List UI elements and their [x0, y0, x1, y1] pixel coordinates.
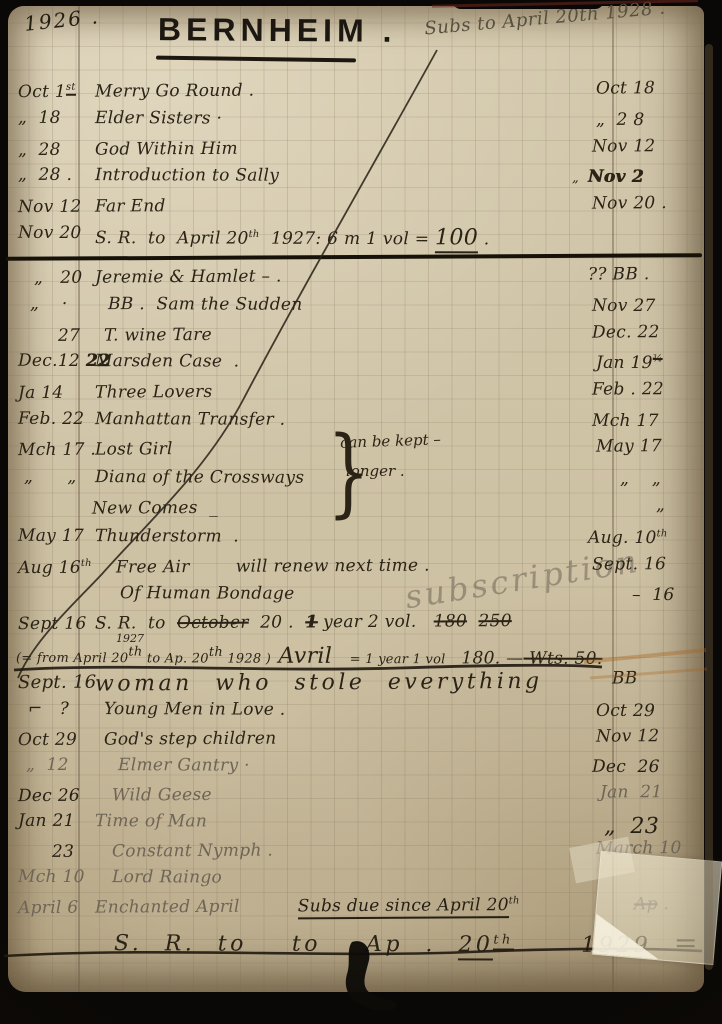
text-segment [467, 611, 479, 631]
date-borrowed: April 6 [18, 898, 79, 918]
book-title: Lost Girl [95, 439, 173, 459]
text-segment: Dec 26 [18, 786, 80, 806]
date-borrowed: Nov 12 [18, 197, 82, 217]
book-title: Constant Nymph . [112, 841, 273, 862]
ledger-row: Sept 16S. R. to October 20 . 1 year 2 vo… [0, 610, 722, 644]
book-title: New Comes _ [92, 498, 218, 519]
date-borrowed: 27 [58, 326, 80, 346]
text-segment: October [177, 613, 249, 633]
book-title: Three Lovers [95, 382, 213, 403]
ledger-row: „ ·BB . Sam the SuddenNov 27 [0, 294, 722, 327]
text-segment: th [657, 528, 668, 539]
date-returned: Jan 21 [600, 782, 663, 802]
text-segment: th [493, 932, 513, 950]
text-segment: S. R. to to Ap . [114, 931, 459, 957]
date-borrowed: „ „ [24, 467, 77, 487]
book-title: Lord Raingo [112, 867, 222, 887]
book-title: Time of Man [95, 811, 207, 831]
book-title: Jeremie & Hamlet – . [95, 266, 282, 287]
date-returned: Nov 12 [596, 726, 660, 746]
text-segment: year 2 vol. [317, 612, 433, 633]
date-returned: – 16 [632, 585, 675, 605]
date-borrowed: Jan 21 [18, 811, 75, 831]
card-edge-sliver [705, 44, 713, 970]
library-card-photo: { "header": { "year": "1926 .", "member_… [0, 0, 722, 1024]
ledger-row: Nov 20S. R. to April 20th 1927: 6 m 1 vo… [0, 223, 722, 256]
book-title: BB . Sam the Sudden [108, 294, 303, 315]
date-returned: May 17 [596, 436, 662, 456]
date-returned: „ 2 8 [596, 110, 645, 130]
ledger-row: „ 18Elder Sisters ·„ 2 8 [0, 108, 722, 141]
date-returned: „ „ [620, 469, 661, 489]
date-returned: Nov 20 . [592, 193, 667, 213]
text-segment: 1928 ) [223, 652, 271, 667]
text-segment: S. R. to April 20 [95, 228, 249, 249]
date-borrowed: Aug 16th [18, 558, 92, 578]
text-segment: th [209, 645, 223, 660]
text-segment: Jan 19 [596, 353, 653, 373]
text-segment: 20 . [249, 612, 306, 632]
date-borrowed: „ · [30, 294, 68, 314]
date-returned: ?? BB . [588, 264, 650, 284]
date-borrowed: Nov 20 [18, 223, 82, 243]
text-segment: ¾ [653, 353, 663, 364]
ledger-row: Oct 1stMerry Go Round .Oct 18 [0, 78, 722, 112]
text-segment: S. R. to [95, 613, 177, 634]
book-title: Introduction to Sally [95, 165, 279, 186]
ledger-row: Sept. 16woman who stole everythingBB [0, 668, 722, 702]
text-segment: Dec 26 [592, 757, 660, 777]
date-borrowed: „ 28 [18, 140, 61, 160]
book-title: God Within Him [95, 139, 238, 160]
text-segment: th [128, 645, 142, 660]
text-segment: Wts. 50. [523, 649, 602, 669]
text-segment: th [81, 558, 92, 569]
date-returned: „ Nov 2 [572, 167, 644, 187]
date-borrowed: ⌐ ? [28, 699, 69, 719]
inline-year-1927: 1927 [116, 632, 144, 645]
book-title: Manhattan Transfer . [95, 409, 285, 430]
text-segment: Aug. 10 [588, 528, 657, 548]
date-borrowed: Feb. 22 [18, 409, 84, 429]
date-borrowed: Oct 1st [18, 82, 76, 102]
date-returned: Nov 12 [592, 136, 656, 156]
text-segment: Avril [271, 643, 332, 669]
date-borrowed: Dec 26 [18, 786, 80, 806]
text-segment: (= from April 20 [16, 651, 128, 666]
date-returned: „ [656, 495, 665, 515]
date-borrowed: Sept 16 [18, 614, 87, 634]
date-returned: Oct 29 [596, 701, 655, 721]
text-segment: Free Air [116, 557, 190, 577]
book-title: Wild Geese [112, 785, 212, 806]
text-segment: 180 [434, 611, 467, 631]
book-title: God's step children [104, 729, 277, 750]
tape-patch [592, 851, 722, 965]
book-title: Elmer Gantry · [118, 755, 250, 775]
date-borrowed: Mch 17 . [18, 440, 96, 460]
date-returned: Dec 26 [592, 757, 660, 777]
book-title: Free Airwill renew next time . [116, 556, 430, 578]
ledger-row: Dec.12 22Marsden Case .Jan 19¾ [0, 351, 722, 384]
book-title: S. R. to October 20 . 1 year 2 vol. 180 … [95, 611, 512, 634]
date-returned: Jan 19¾ [596, 353, 663, 373]
book-title: (= from April 20th to Ap. 20th 1928 ) Av… [16, 642, 603, 670]
date-borrowed: Oct 29 [18, 730, 77, 750]
date-borrowed: „ 18 [18, 108, 61, 128]
date-borrowed: May 17 [18, 526, 84, 546]
text-segment: Dec.12 [18, 351, 86, 371]
book-title: woman who stole everything [95, 669, 543, 697]
text-segment: Oct 1 [18, 82, 66, 102]
brace-note-line1: can be kept – [340, 430, 441, 452]
text-segment: Nov 2 [588, 167, 644, 187]
date-borrowed: Sept. 16 [18, 672, 97, 693]
text-segment: th [249, 229, 260, 240]
date-returned: Feb . 22 [592, 379, 664, 399]
text-segment: Enchanted April [95, 897, 240, 918]
date-borrowed: „ 20 [34, 268, 83, 288]
text-segment: = 1 year 1 vol [332, 652, 450, 667]
book-title: Young Men in Love . [104, 699, 286, 720]
text-segment: . [478, 229, 489, 249]
ledger-row: May 17Thunderstorm .Aug. 10th [0, 526, 722, 559]
ledger-row: „ 20Jeremie & Hamlet – .?? BB . [0, 264, 722, 298]
ledger-row: Nov 12Far EndNov 20 . [0, 193, 722, 227]
text-segment: will renew next time . [236, 556, 430, 577]
date-borrowed: „ 12 [26, 755, 69, 775]
text-segment: 1927: 6 m 1 vol = [260, 229, 436, 250]
date-borrowed: 23 [52, 842, 74, 862]
book-title: S. R. to April 20th 1927: 6 m 1 vol = 10… [95, 223, 490, 250]
text-segment: 250 [478, 611, 511, 631]
text-segment: 23 [52, 842, 74, 862]
text-segment: st [66, 82, 76, 96]
text-segment: Aug 16 [18, 558, 81, 578]
text-segment: Jan 21 [18, 811, 75, 831]
text-segment: „ 23 [604, 813, 659, 839]
date-returned: „ 23 [604, 813, 659, 839]
ledger-row: „ 28 .Introduction to Sally„ Nov 2 [0, 165, 722, 198]
date-borrowed: Ja 14 [18, 383, 64, 403]
book-title: Merry Go Round . [95, 81, 254, 102]
date-returned: Mch 17 [592, 411, 659, 431]
book-title: T. wine Tare [104, 325, 212, 346]
date-borrowed: „ 28 . [18, 165, 72, 185]
tape-fold [593, 905, 663, 960]
date-returned: Nov 27 [592, 296, 656, 316]
date-borrowed: Mch 10 [18, 867, 85, 887]
date-returned: Oct 18 [596, 78, 655, 98]
text-segment: 180. — [450, 648, 524, 668]
book-title: Of Human Bondage [120, 583, 295, 604]
book-title: Far End [95, 196, 166, 216]
text-segment: 20 [458, 932, 493, 960]
date-returned: Dec. 22 [592, 322, 660, 342]
text-segment: 100 [435, 224, 478, 253]
book-title: Marsden Case . [95, 351, 239, 372]
book-title: Diana of the Crossways [95, 467, 304, 488]
date-returned: Sept. 16 [592, 554, 666, 574]
text-segment: „ [572, 171, 588, 186]
brace-note-line2: longer . [346, 462, 405, 480]
text-segment: Subs due since April 20 [298, 895, 509, 919]
ledger-row: Ja 14Three LoversFeb . 22 [0, 379, 722, 413]
book-title: Thunderstorm . [95, 526, 239, 547]
book-title: Enchanted AprilSubs due since April 20th [95, 895, 520, 918]
book-title: Elder Sisters · [95, 108, 222, 128]
text-segment: th [509, 895, 520, 906]
date-returned: BB [612, 668, 638, 688]
date-returned: Aug. 10th [588, 528, 668, 548]
text-segment: to Ap. 20 [142, 651, 208, 666]
text-segment: 1 [305, 612, 317, 632]
